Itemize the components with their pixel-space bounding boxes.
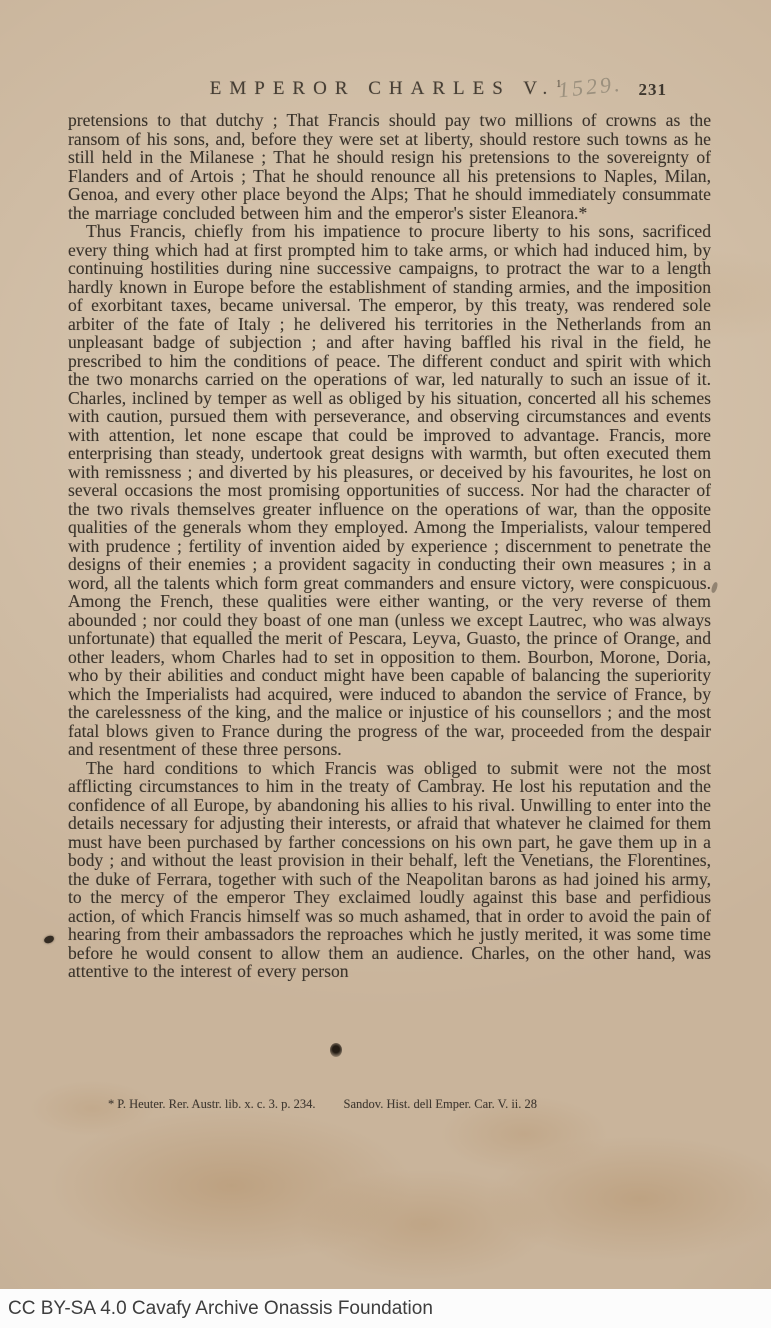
page-body: pretensions to that dutchy ; That Franci… [68, 111, 711, 981]
running-title: EMPEROR CHARLES V.1 [210, 78, 562, 100]
pencil-mark-right-margin [710, 581, 718, 593]
attribution-bar: CC BY-SA 4.0 Cavafy Archive Onassis Foun… [0, 1289, 771, 1328]
ink-mark-left-margin [43, 935, 54, 944]
paragraph: Thus Francis, chiefly from his impatienc… [68, 222, 711, 759]
book-page-scan: EMPEROR CHARLES V.1 1529. 231 pretension… [0, 0, 771, 1289]
footnote-marker: * [108, 1097, 114, 1111]
running-title-text: EMPEROR CHARLES V. [210, 78, 556, 99]
page-number: 231 [639, 80, 668, 100]
footnote-citation-1: P. Heuter. Rer. Austr. lib. x. c. 3. p. … [117, 1097, 315, 1111]
handwritten-annotation: 1529. [557, 71, 624, 104]
footnote-citation-2: Sandov. Hist. dell Emper. Car. V. ii. 28 [344, 1097, 538, 1111]
footnote: *P. Heuter. Rer. Austr. lib. x. c. 3. p.… [108, 1097, 688, 1112]
page-header: EMPEROR CHARLES V.1 1529. 231 [0, 78, 771, 104]
paragraph-continuation: pretensions to that dutchy ; That Franci… [68, 111, 711, 222]
paragraph: The hard conditions to which Francis was… [68, 759, 711, 981]
ink-blot [330, 1043, 342, 1057]
license-text: CC BY-SA 4.0 Cavafy Archive Onassis Foun… [8, 1298, 433, 1320]
